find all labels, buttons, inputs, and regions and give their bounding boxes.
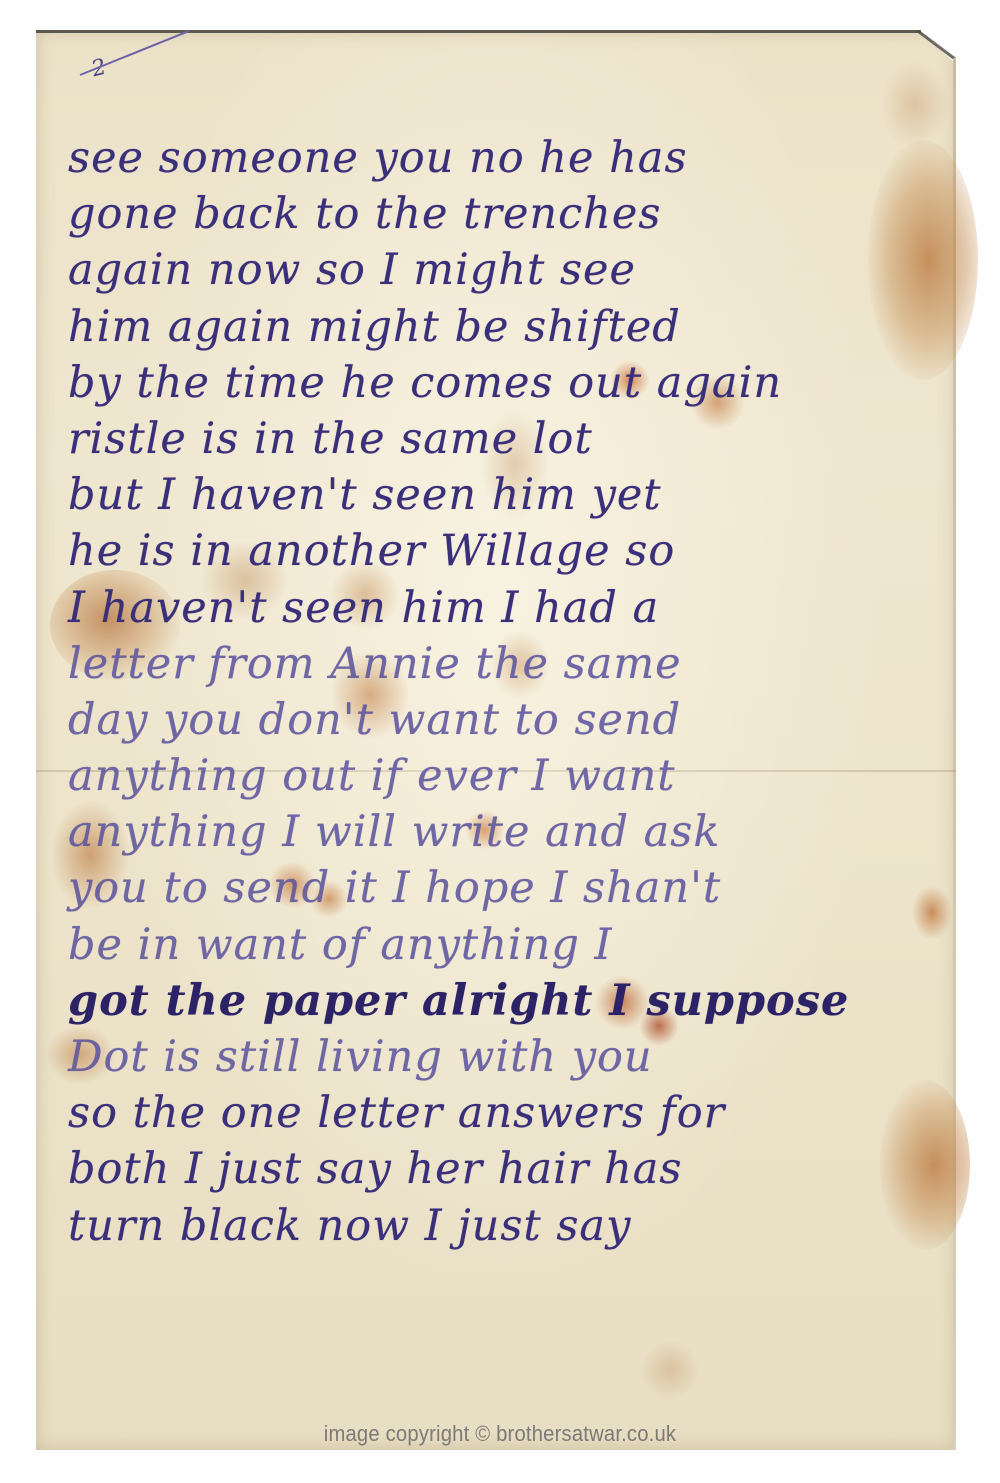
paper-top-edge: [36, 30, 921, 33]
handwritten-letter-body: see someone you no he has gone back to t…: [68, 130, 948, 1254]
letter-line: anything out if ever I want: [68, 748, 948, 804]
letter-line: got the paper alright I suppose: [68, 973, 948, 1029]
letter-line: him again might be shifted: [68, 299, 948, 355]
letter-line: but I haven't seen him yet: [68, 467, 948, 523]
letter-line: day you don't want to send: [68, 692, 948, 748]
letter-line: both I just say her hair has: [68, 1141, 948, 1197]
letter-line: he is in another Willage so: [68, 523, 948, 579]
letter-line: you to send it I hope I shan't: [68, 860, 948, 916]
letter-line: I haven't seen him I had a: [68, 580, 948, 636]
letter-line: letter from Annie the same: [68, 636, 948, 692]
letter-line: see someone you no he has: [68, 130, 948, 186]
letter-line: be in want of anything I: [68, 917, 948, 973]
letter-line: anything I will write and ask: [68, 804, 948, 860]
letter-line: gone back to the trenches: [68, 186, 948, 242]
copyright-watermark: image copyright © brothersatwar.co.uk: [40, 1421, 960, 1447]
paper-right-edge: [953, 58, 956, 1450]
letter-line: by the time he comes out again: [68, 355, 948, 411]
letter-line: Dot is still living with you: [68, 1029, 948, 1085]
letter-line: turn black now I just say: [68, 1198, 948, 1254]
letter-line: so the one letter answers for: [68, 1085, 948, 1141]
letter-line: again now so I might see: [68, 242, 948, 298]
page-number-mark: 2: [80, 52, 190, 92]
letter-line: ristle is in the same lot: [68, 411, 948, 467]
